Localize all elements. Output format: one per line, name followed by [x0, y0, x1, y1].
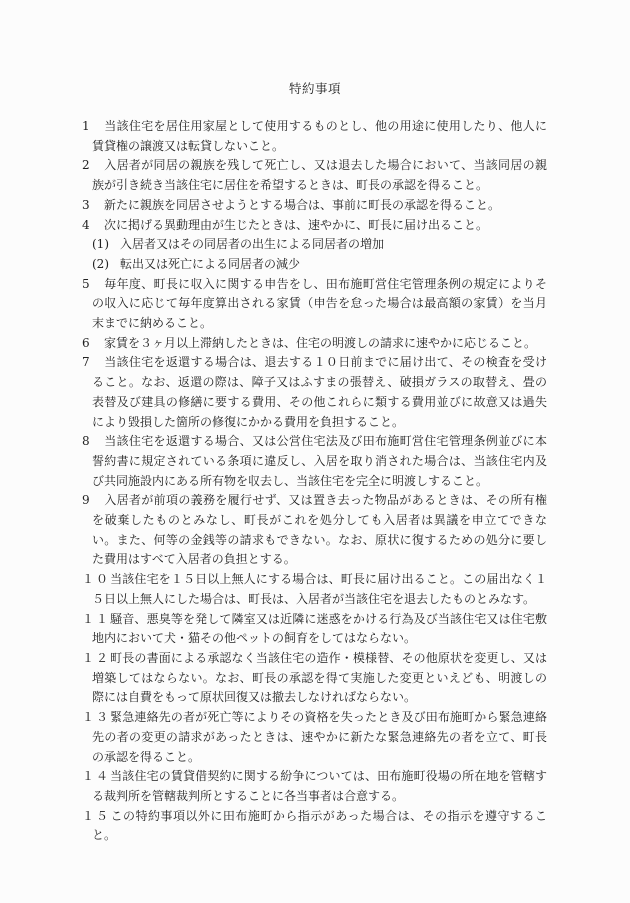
clause-text: 入居者が同居の親族を残して死亡し、又は退去した場合において、当該同居の親族が引き…: [92, 158, 547, 192]
clause-3: 3新たに親族を同居させようとする場合は、事前に町長の承認を得ること。: [82, 196, 547, 216]
clause-number: 7: [82, 353, 104, 373]
clause-15: １５この特約事項以外に田布施町から指示があった場合は、その指示を遵守すること。: [82, 807, 547, 846]
item-number: (1): [92, 235, 120, 255]
clause-7: 7当該住宅を返還する場合は、退去する１０日前までに届け出て、その検査を受けること…: [82, 353, 547, 432]
clause-text: 次に掲げる異動理由が生じたときは、速やかに、町長に届け出ること。: [104, 218, 488, 232]
clause-text: 当該住宅を１５日以上無人にする場合は、町長に届け出ること。この届出なく１５日以上…: [92, 572, 547, 606]
clause-number: 4: [82, 216, 104, 236]
clause-text: 緊急連絡先の者が死亡等によりその資格を失ったとき及び田布施町から緊急連絡先の者の…: [92, 710, 547, 763]
clause-number: 8: [82, 432, 104, 452]
clause-text: 入居者が前項の義務を履行せず、又は置き去った物品があるときは、その所有権を破棄し…: [92, 493, 547, 566]
clause-text: 騒音、悪臭等を発して隣室又は近隣に迷惑をかける行為及び当該住宅又は住宅敷地内にお…: [92, 612, 547, 646]
clause-text: 毎年度、町長に収入に関する申告をし、田布施町営住宅管理条例の規定によりその収入に…: [92, 277, 547, 330]
clause-4: 4次に掲げる異動理由が生じたときは、速やかに、町長に届け出ること。: [82, 216, 547, 236]
document-page: 特約事項 1当該住宅を居住用家屋として使用するものとし、他の用途に使用したり、他…: [0, 0, 630, 903]
clause-11: １１騒音、悪臭等を発して隣室又は近隣に迷惑をかける行為及び当該住宅又は住宅敷地内…: [82, 610, 547, 649]
clause-number: １０: [82, 570, 110, 590]
clause-text: 当該住宅の賃貸借契約に関する紛争については、田布施町役場の所在地を管轄する裁判所…: [92, 769, 547, 803]
clause-text: 当該住宅を返還する場合、又は公営住宅法及び田布施町営住宅管理条例並びに本誓約書に…: [92, 434, 547, 487]
clause-number: 9: [82, 491, 104, 511]
clause-number: １１: [82, 610, 110, 630]
clause-8: 8当該住宅を返還する場合、又は公営住宅法及び田布施町営住宅管理条例並びに本誓約書…: [82, 432, 547, 491]
item-number: (2): [92, 255, 120, 275]
clause-number: １２: [82, 649, 110, 669]
clause-number: 6: [82, 334, 104, 354]
clause-number: 3: [82, 196, 104, 216]
clause-2: 2入居者が同居の親族を残して死亡し、又は退去した場合において、当該同居の親族が引…: [82, 156, 547, 195]
clause-text: 当該住宅を居住用家屋として使用するものとし、他の用途に使用したり、他人に賃貸権の…: [92, 119, 547, 153]
clause-number: 1: [82, 117, 104, 137]
clause-number: 5: [82, 275, 104, 295]
clause-12: １２町長の書面による承認なく当該住宅の造作・模様替、その他原状を変更し、又は増築…: [82, 649, 547, 708]
document-title: 特約事項: [0, 79, 630, 97]
clause-list: 1当該住宅を居住用家屋として使用するものとし、他の用途に使用したり、他人に賃貸権…: [82, 117, 547, 846]
clause-4-item-1: (1)入居者又はその同居者の出生による同居者の増加: [82, 235, 547, 255]
clause-text: 当該住宅を返還する場合は、退去する１０日前までに届け出て、その検査を受けること。…: [92, 355, 547, 428]
clause-10: １０当該住宅を１５日以上無人にする場合は、町長に届け出ること。この届出なく１５日…: [82, 570, 547, 609]
clause-4-item-2: (2)転出又は死亡による同居者の減少: [82, 255, 547, 275]
clause-number: １５: [82, 807, 110, 827]
item-text: 転出又は死亡による同居者の減少: [120, 257, 300, 271]
clause-1: 1当該住宅を居住用家屋として使用するものとし、他の用途に使用したり、他人に賃貸権…: [82, 117, 547, 156]
clause-text: この特約事項以外に田布施町から指示があった場合は、その指示を遵守すること。: [92, 809, 547, 843]
clause-14: １４当該住宅の賃貸借契約に関する紛争については、田布施町役場の所在地を管轄する裁…: [82, 767, 547, 806]
clause-text: 家賃を３ヶ月以上滞納したときは、住宅の明渡しの請求に速やかに応じること。: [104, 336, 536, 350]
clause-number: 2: [82, 156, 104, 176]
clause-text: 町長の書面による承認なく当該住宅の造作・模様替、その他原状を変更し、又は増築して…: [92, 651, 547, 704]
clause-number: １４: [82, 767, 110, 787]
clause-number: １３: [82, 708, 110, 728]
clause-9: 9入居者が前項の義務を履行せず、又は置き去った物品があるときは、その所有権を破棄…: [82, 491, 547, 570]
clause-6: 6家賃を３ヶ月以上滞納したときは、住宅の明渡しの請求に速やかに応じること。: [82, 334, 547, 354]
clause-5: 5毎年度、町長に収入に関する申告をし、田布施町営住宅管理条例の規定によりその収入…: [82, 275, 547, 334]
item-text: 入居者又はその同居者の出生による同居者の増加: [120, 237, 384, 251]
clause-text: 新たに親族を同居させようとする場合は、事前に町長の承認を得ること。: [104, 198, 500, 212]
clause-13: １３緊急連絡先の者が死亡等によりその資格を失ったとき及び田布施町から緊急連絡先の…: [82, 708, 547, 767]
